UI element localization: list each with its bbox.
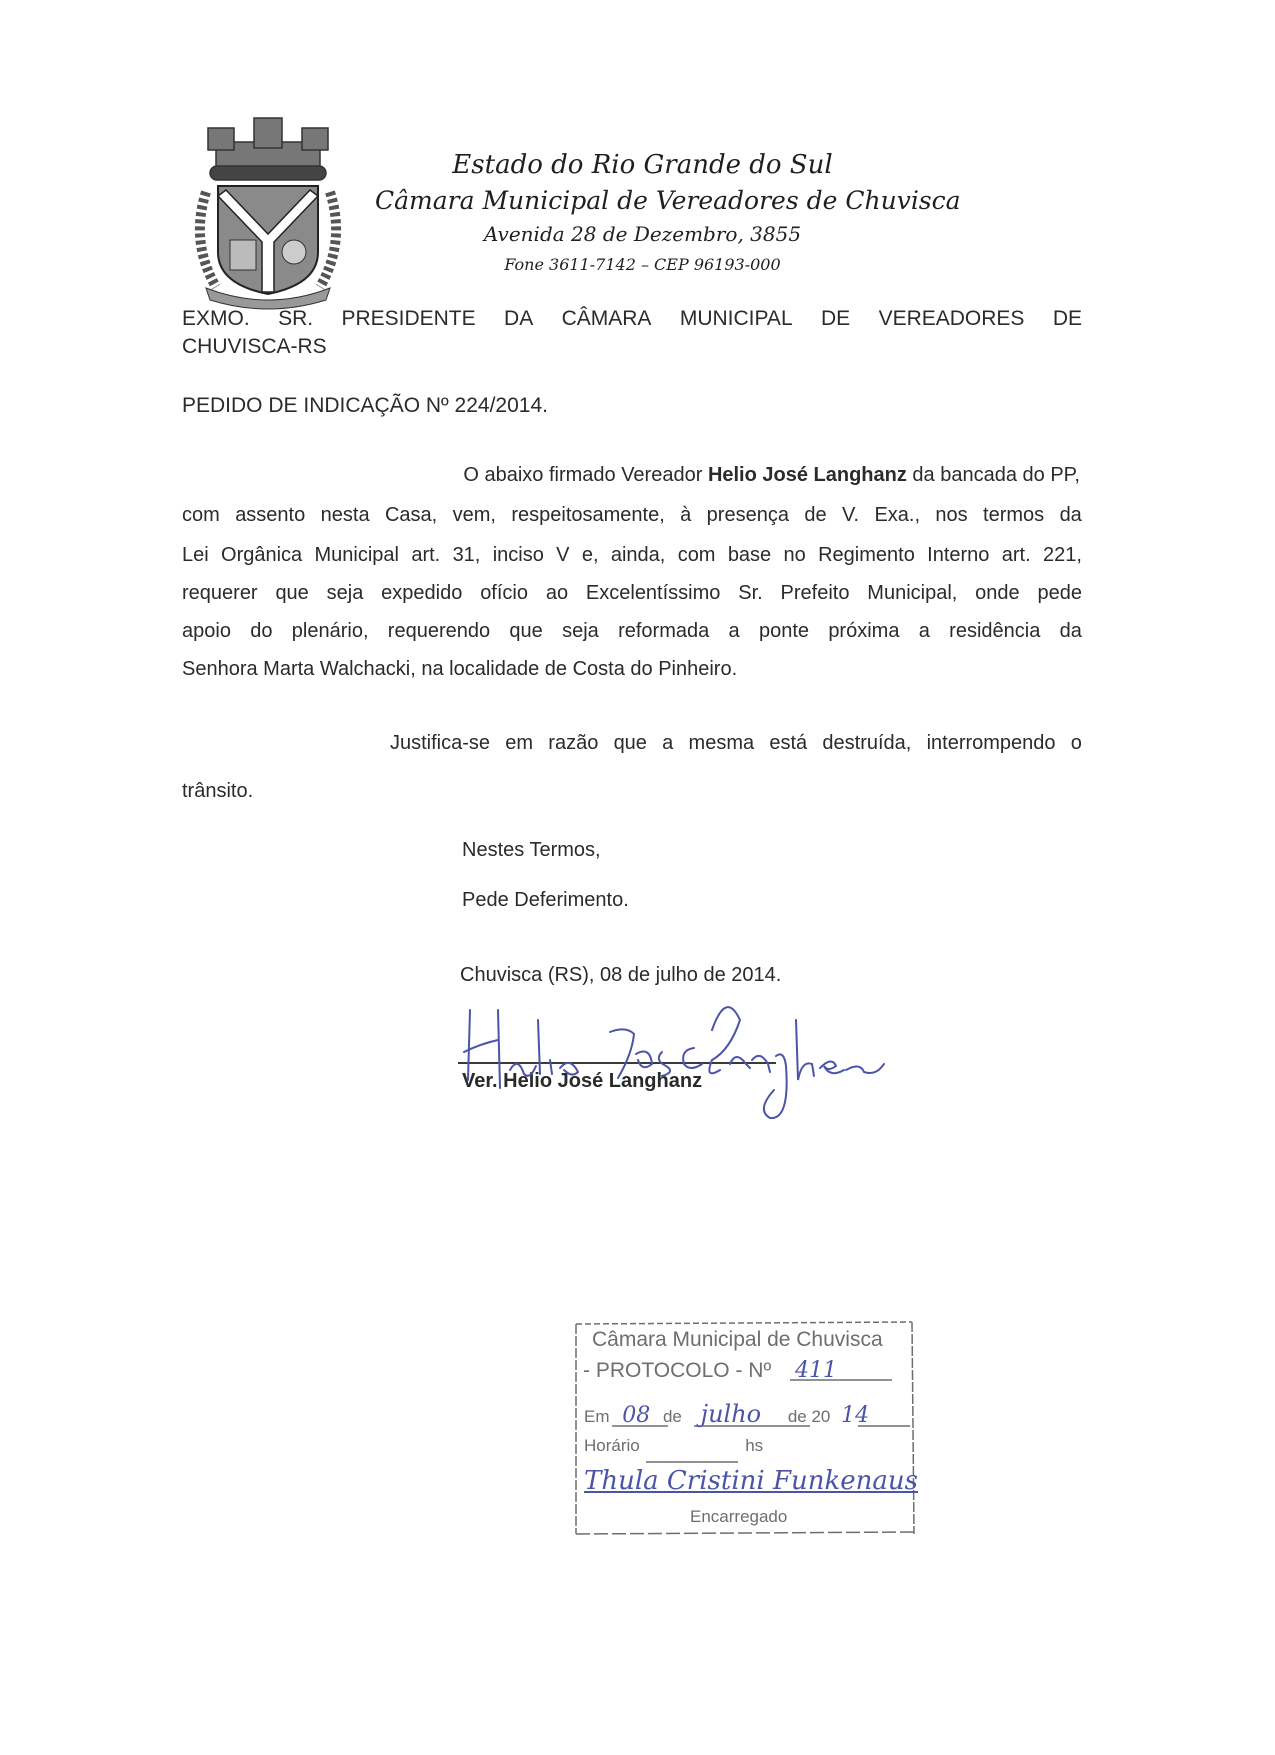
word: requerendo [388,621,490,641]
stamp-horario-label: Horário [584,1436,640,1455]
word: expedido [381,583,462,603]
letterhead-state: Estado do Rio Grande do Sul [375,150,910,180]
word: que [275,583,308,603]
paragraph-1-line-3: LeiOrgânicaMunicipalart.31,incisoVe,aind… [182,545,1082,565]
word: respeitosamente, [511,505,664,525]
document-subject: PEDIDO DE INDICAÇÃO Nº 224/2014. [182,395,548,416]
councilor-name: Helio José Langhanz [708,464,907,486]
closing-line-2: Pede Deferimento. [462,890,629,910]
word: reformada [618,621,709,641]
recipient-word: DE [821,308,850,329]
word: do [250,621,272,641]
paragraph-1-line-1: O abaixo firmado Vereador Helio José Lan… [375,465,1080,485]
word: Exa., [874,505,920,525]
word: a [662,733,673,753]
stamp-hs-label: hs [745,1436,763,1455]
stamp-em-label: Em [584,1407,610,1426]
word: pede [1037,583,1082,603]
word: de [804,505,826,525]
word: em [505,733,533,753]
word: presença [707,505,789,525]
word: vem, [453,505,496,525]
recipient-word: VEREADORES [879,308,1025,329]
recipient-word: SR. [278,308,313,329]
word: Justifica-se [390,733,490,753]
word: assento [235,505,305,525]
paragraph-2-line-1: Justifica-seemrazãoqueamesmaestádestruíd… [390,733,1082,753]
word: Prefeito [781,583,850,603]
word: nesta [321,505,370,525]
word: a [919,621,930,641]
word: está [769,733,807,753]
closing-line-1: Nestes Termos, [462,840,601,860]
recipient-line-2: CHUVISCA-RS [182,336,327,357]
handwritten-signature [440,980,900,1120]
word: seja [562,621,599,641]
stamp-month: julho [701,1400,761,1428]
word: que [614,733,647,753]
word: seja [327,583,364,603]
word: base [728,545,771,565]
word: V [556,545,569,565]
stamp-protocol-number: 411 [795,1358,837,1383]
word: plenário, [292,621,369,641]
word: inciso [493,545,544,565]
word: Municipal, [867,583,957,603]
word: 221, [1043,545,1082,565]
word: a [729,621,740,641]
paragraph-1-line-6: Senhora Marta Walchacki, na localidade d… [182,659,737,679]
word: onde [975,583,1020,603]
word: Lei [182,545,209,565]
word: próxima [828,621,899,641]
word: Sr. [738,583,762,603]
word: art. [1002,545,1031,565]
word: ponte [759,621,809,641]
word: V. [842,505,859,525]
word: nos [935,505,967,525]
paragraph-1-party: da bancada do PP, [907,464,1080,486]
recipient-word: CÂMARA [562,308,652,329]
word: da [1060,621,1082,641]
word: ao [546,583,568,603]
word: Orgânica [221,545,302,565]
word: mesma [689,733,755,753]
stamp-year-suffix: 14 [841,1403,869,1428]
stamp-encarregado-label: Encarregado [690,1507,787,1527]
recipient-word: DA [504,308,533,329]
letterhead-institution: Câmara Municipal de Vereadores de Chuvis… [375,186,910,215]
word: Excelentíssimo [586,583,721,603]
word: Municipal [315,545,399,565]
word: à [680,505,691,525]
letterhead-contact: Fone 3611-7142 – CEP 96193-000 [375,255,910,274]
letterhead-address: Avenida 28 de Dezembro, 3855 [375,222,910,246]
word: razão [548,733,598,753]
paragraph-1-intro: O abaixo firmado Vereador [463,464,708,486]
word: apoio [182,621,231,641]
word: termos [983,505,1044,525]
word: no [784,545,806,565]
paragraph-2-line-2: trânsito. [182,781,253,801]
word: residência [949,621,1040,641]
word: que [509,621,542,641]
word: ofício [480,583,528,603]
stamp-protocol-row: - PROTOCOLO - Nº 411 [583,1358,837,1383]
recipient-word: PRESIDENTE [341,308,475,329]
word: Casa, [385,505,437,525]
word: da [1060,505,1082,525]
paragraph-1-line-4: requererquesejaexpedidoofícioaoExcelentí… [182,583,1082,603]
stamp-year-prefix: de 20 [788,1407,831,1426]
stamp-protocol-label: - PROTOCOLO - Nº [583,1359,771,1382]
stamp-date-row: Em 08 de julho de 20 14 [584,1400,869,1428]
recipient-word: DE [1053,308,1082,329]
word: interrompendo [927,733,1056,753]
word: destruída, [822,733,911,753]
recipient-word: MUNICIPAL [680,308,793,329]
word: o [1071,733,1082,753]
word: ainda, [611,545,666,565]
stamp-time-row: Horário hs [584,1436,763,1456]
word: e, [582,545,599,565]
word: art. [411,545,440,565]
stamp-de-label: de [663,1407,682,1426]
stamp-clerk-signature: Thula Cristini Funkenaus [584,1466,918,1496]
recipient-line-1: EXMO.SR.PRESIDENTEDACÂMARAMUNICIPALDEVER… [182,308,1082,329]
recipient-word: EXMO. [182,308,250,329]
word: Interno [927,545,989,565]
stamp-title: Câmara Municipal de Chuvisca [592,1328,883,1352]
stamp-day: 08 [622,1403,650,1428]
word: com [678,545,716,565]
word: 31, [453,545,481,565]
paragraph-1-line-2: comassentonestaCasa,vem,respeitosamente,… [182,505,1082,525]
paragraph-1-line-5: apoiodoplenário,requerendoquesejareforma… [182,621,1082,641]
word: com [182,505,220,525]
coat-of-arms-logo [186,112,350,312]
word: Regimento [818,545,915,565]
word: requerer [182,583,258,603]
